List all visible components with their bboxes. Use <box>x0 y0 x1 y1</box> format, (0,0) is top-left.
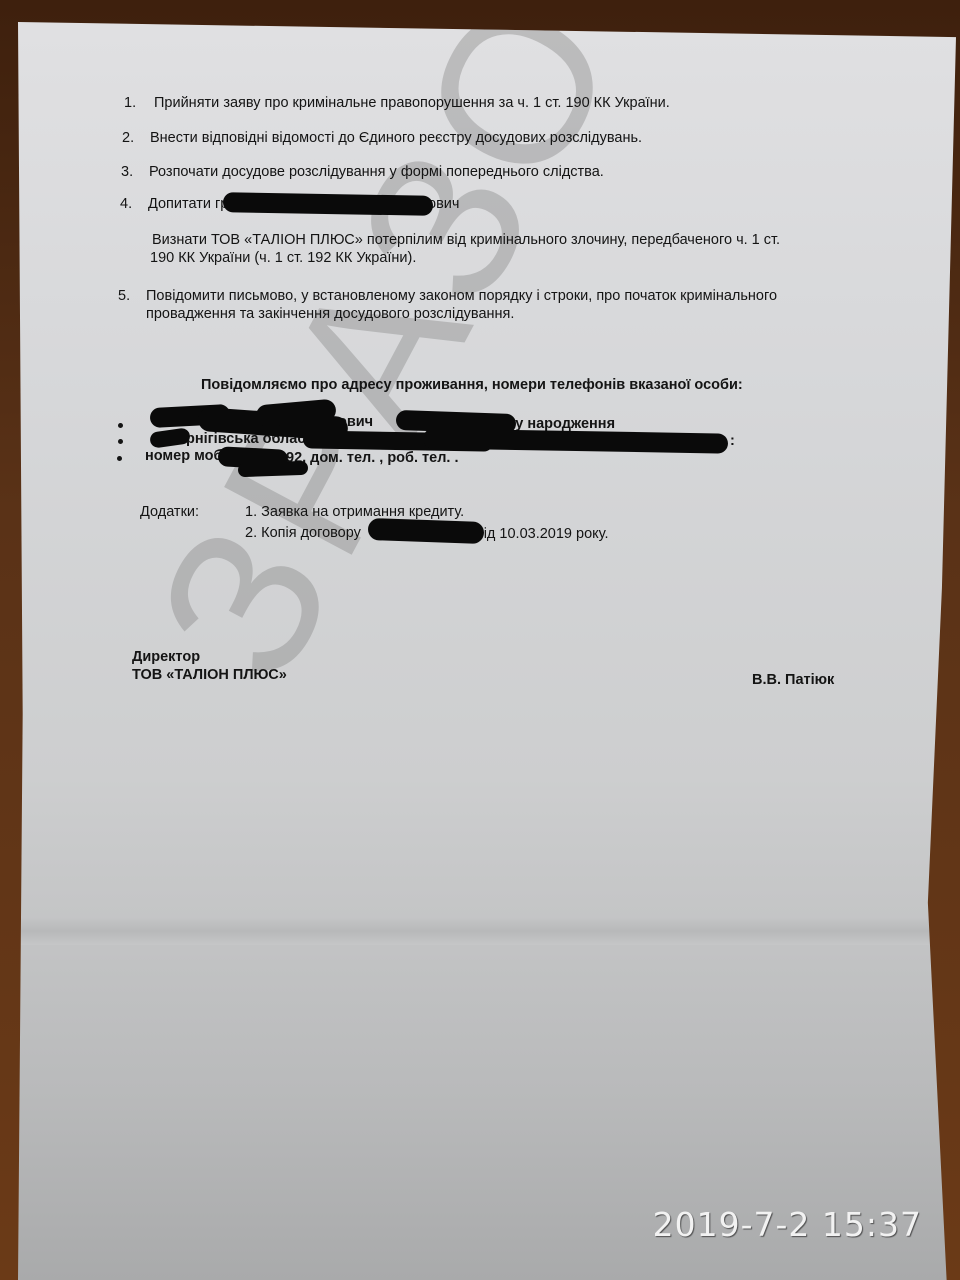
list-item-1: 1.Прийняти заяву про кримінальне правопо… <box>124 95 670 111</box>
redaction-contract-number <box>368 518 485 544</box>
bullet <box>118 439 123 444</box>
item-text: Внести відповідні відомості до Єдиного р… <box>150 130 642 146</box>
item-number: 4. <box>120 196 148 212</box>
item-text: Прийняти заяву про кримінальне правопору… <box>154 95 670 111</box>
bullet <box>117 456 122 461</box>
redaction-name <box>223 192 433 216</box>
signature-name: В.В. Патіюк <box>752 672 834 688</box>
bullet-3-text-2: 92, дом. тел. , роб. тел. . <box>286 450 459 466</box>
list-item-5: 5.Повідомити письмово, у встановленому з… <box>118 288 777 304</box>
paper-sheet: ЗРАЗОК 1.Прийняти заяву про кримінальне … <box>18 22 956 1280</box>
redaction <box>149 427 191 448</box>
list-item-5-line-2: провадження та закінчення досудового роз… <box>146 306 514 322</box>
list-item-3: 3.Розпочати досудове розслідування у фор… <box>121 164 604 180</box>
attachments-label: Додатки: <box>140 504 199 520</box>
attachment-2-date: від 10.03.2019 року. <box>476 526 608 542</box>
signature-title: Директор <box>132 649 200 665</box>
victim-paragraph-line-2: 190 КК України (ч. 1 ст. 192 КК України)… <box>150 250 416 266</box>
item-number: 1. <box>124 95 152 111</box>
item-text: Повідомити письмово, у встановленому зак… <box>146 288 777 304</box>
victim-paragraph-line-1: Визнати ТОВ «ТАЛІОН ПЛЮС» потерпілим від… <box>152 232 780 248</box>
list-item-4: 4.Допитати гр. <box>120 196 232 212</box>
bullet-2-text-2: : <box>730 433 735 449</box>
document-body: 1.Прийняти заяву про кримінальне правопо… <box>18 22 956 1280</box>
photo-timestamp: 2019-7-2 15:37 <box>653 1205 922 1244</box>
bullet <box>118 423 123 428</box>
notice-heading: Повідомляємо про адресу проживання, номе… <box>201 377 743 393</box>
item-number: 2. <box>122 130 150 146</box>
list-item-2: 2.Внести відповідні відомості до Єдиного… <box>122 130 642 146</box>
item-number: 3. <box>121 164 149 180</box>
signature-company: ТОВ «ТАЛІОН ПЛЮС» <box>132 667 287 683</box>
bullet-3-text: номер моб. <box>145 448 226 464</box>
redaction <box>238 461 308 477</box>
attachment-1: 1. Заявка на отримання кредиту. <box>245 504 464 520</box>
item-number: 5. <box>118 288 146 304</box>
attachment-2: 2. Копія договору <box>245 525 361 541</box>
item-text: Допитати гр. <box>148 196 232 212</box>
item-text: Розпочати досудове розслідування у формі… <box>149 164 604 180</box>
